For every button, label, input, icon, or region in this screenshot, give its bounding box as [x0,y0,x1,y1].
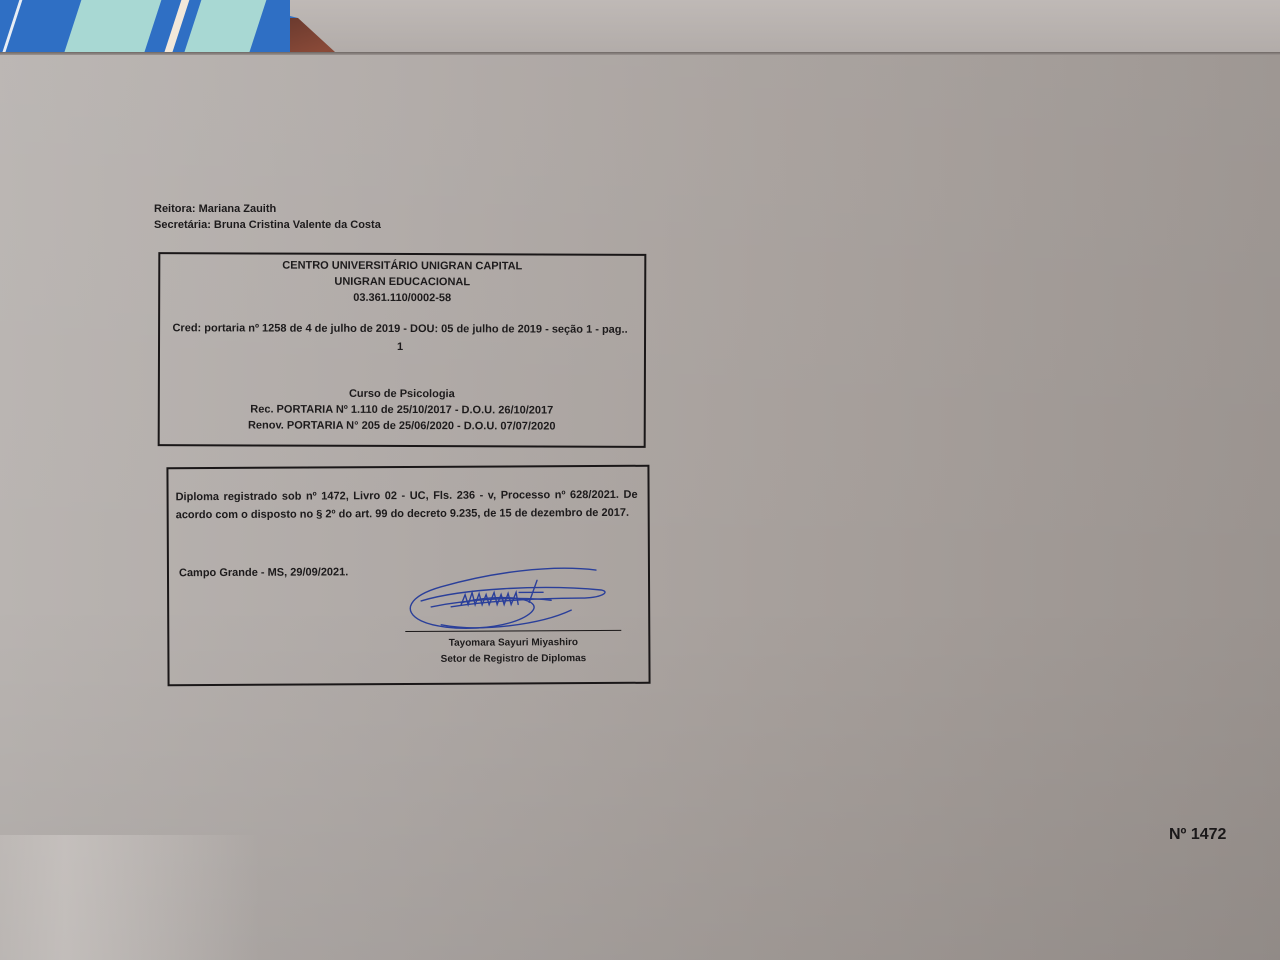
signer-name: Tayomara Sayuri Miyashiro [405,635,621,652]
brochure-stripe [52,0,168,54]
registration-text: Diploma registrado sob nº 1472, Livro 02… [176,486,638,524]
rector-line: Reitora: Mariana Zauith [154,201,381,217]
signer-block: Tayomara Sayuri Miyashiro Setor de Regis… [405,635,621,668]
institution-box: CENTRO UNIVERSITÁRIO UNIGRAN CAPITAL UNI… [158,252,647,448]
overlapping-sheet [290,0,1280,52]
course-recognition: Rec. PORTARIA Nº 1.110 de 25/10/2017 - D… [160,401,644,419]
credential-text: Cred: portaria nº 1258 de 4 de julho de … [170,319,630,357]
light-glare [0,835,260,960]
institution-name: CENTRO UNIVERSITÁRIO UNIGRAN CAPITAL [160,257,644,275]
institution-header: CENTRO UNIVERSITÁRIO UNIGRAN CAPITAL UNI… [160,257,644,307]
registration-box: Diploma registrado sob nº 1472, Livro 02… [166,465,650,687]
course-name: Curso de Psicologia [160,385,644,403]
course-block: Curso de Psicologia Rec. PORTARIA Nº 1.1… [160,385,644,435]
signature-icon [401,562,611,638]
place-date: Campo Grande - MS, 29/09/2021. [179,566,348,579]
diploma-number: Nº 1472 [1169,826,1226,844]
brochure-stripe [172,0,273,54]
officials-block: Reitora: Mariana Zauith Secretária: Brun… [154,201,381,233]
institution-entity: UNIGRAN EDUCACIONAL [160,273,644,291]
institution-cnpj: 03.361.110/0002-58 [160,289,644,307]
signer-department: Setor de Registro de Diplomas [405,651,621,668]
diploma-back-sheet: Reitora: Mariana Zauith Secretária: Brun… [0,55,1280,960]
course-renewal: Renov. PORTARIA N° 205 de 25/06/2020 - D… [160,417,644,435]
brochure-stripe [0,0,29,54]
secretary-line: Secretária: Bruna Cristina Valente da Co… [154,217,381,233]
